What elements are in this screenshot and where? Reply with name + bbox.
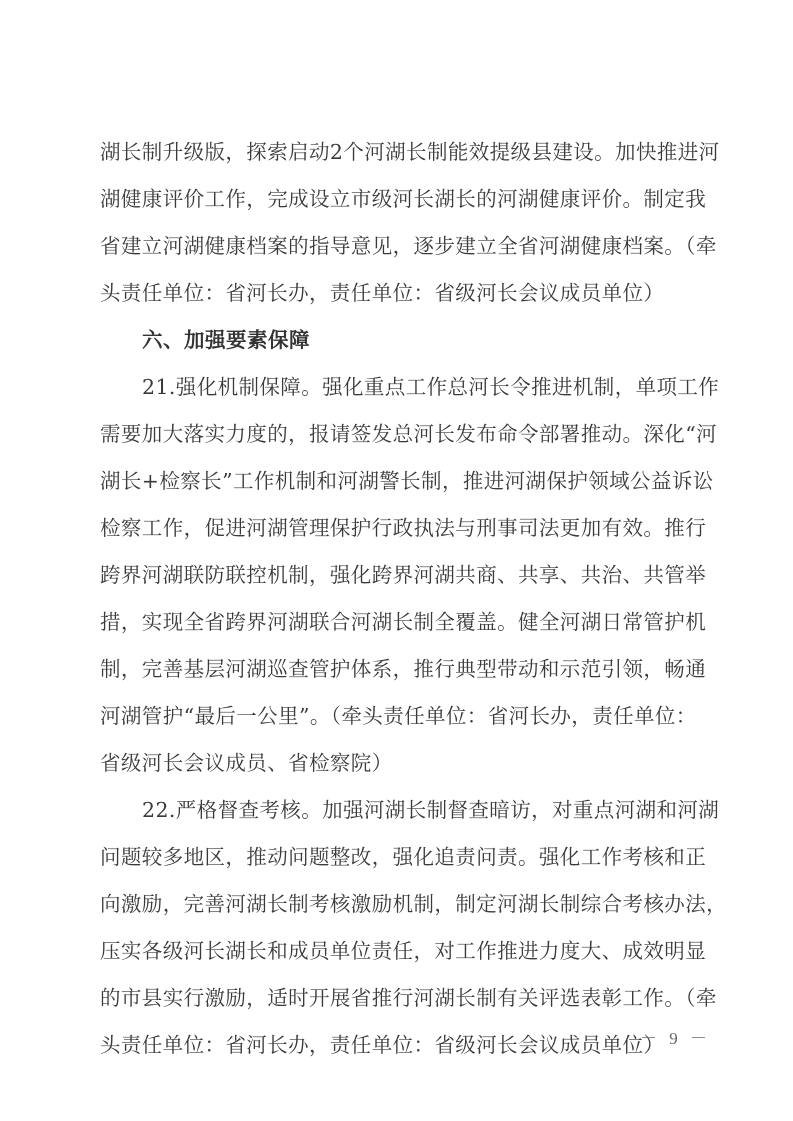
item-21-line: 河湖管护“最后一公里”。（牵头责任单位：省河长办，责任单位：: [100, 703, 700, 729]
item-21-line: 措，实现全省跨界河湖联合河湖长制全覆盖。健全河湖日常管护机: [100, 609, 700, 635]
item-21-line: 21.强化机制保障。强化重点工作总河长令推进机制，单项工作: [142, 374, 742, 400]
document-page: 湖长制升级版，探索启动2个河湖长制能效提级县建设。加快推进河 湖健康评价工作，完…: [0, 0, 793, 1121]
item-21-line: 湖长+检察长”工作机制和河湖警长制，推进河湖保护领域公益诉讼: [100, 468, 700, 494]
item-22-line: 的市县实行激励，适时开展省推行河湖长制有关评选表彰工作。（牵: [100, 985, 700, 1011]
item-21-line: 跨界河湖联防联控机制，强化跨界河湖共商、共享、共治、共管举: [100, 562, 700, 588]
item-22-line: 问题较多地区，推动问题整改，强化追责问责。强化工作考核和正: [100, 844, 700, 870]
item-22-line: 压实各级河长湖长和成员单位责任，对工作推进力度大、成效明显: [100, 938, 700, 964]
body-text-line: 省建立河湖健康档案的指导意见，逐步建立全省河湖健康档案。（牵: [100, 233, 700, 259]
body-text-line: 湖健康评价工作，完成设立市级河长湖长的河湖健康评价。制定我: [100, 186, 700, 212]
section-heading: 六、加强要素保障: [142, 327, 742, 353]
body-text-line: 湖长制升级版，探索启动2个河湖长制能效提级县建设。加快推进河: [100, 139, 700, 165]
page-number: － 9 －: [640, 1024, 711, 1049]
body-text-line: 头责任单位：省河长办，责任单位：省级河长会议成员单位）: [100, 280, 700, 306]
item-21-line: 检察工作，促进河湖管理保护行政执法与刑事司法更加有效。推行: [100, 515, 700, 541]
item-22-line: 22.严格督查考核。加强河湖长制督查暗访，对重点河湖和河湖: [142, 797, 742, 823]
item-21-line: 需要加大落实力度的，报请签发总河长发布命令部署推动。深化“河: [100, 421, 700, 447]
item-22-line: 向激励，完善河湖长制考核激励机制，制定河湖长制综合考核办法，: [100, 891, 700, 917]
item-21-line: 制，完善基层河湖巡查管护体系，推行典型带动和示范引领，畅通: [100, 656, 700, 682]
item-21-line: 省级河长会议成员、省检察院）: [100, 750, 700, 776]
item-22-line: 头责任单位：省河长办，责任单位：省级河长会议成员单位）: [100, 1032, 700, 1058]
